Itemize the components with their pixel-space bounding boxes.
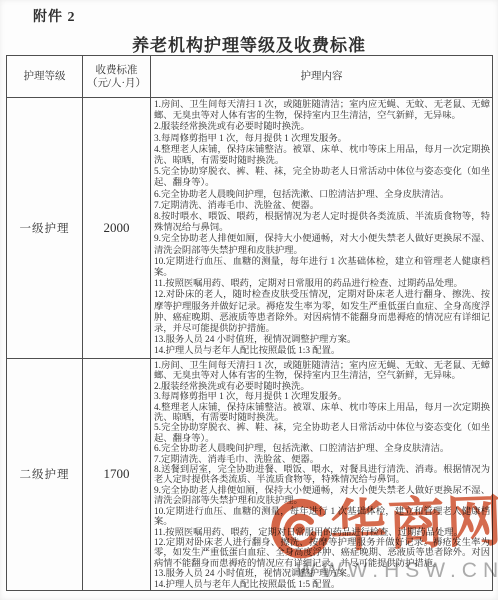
care-item: 6.完全协助老人晨晚间护理，包括洗漱、口腔清洁护理、全身皮肤清洁。	[154, 190, 490, 201]
level-1-care-items: 1.房间、卫生间每天清扫 1 次，或随脏随清洁；室内应无蝇、无蚊、无老鼠、无蟑螂…	[154, 100, 490, 358]
table-header-row: 护理等级 收费标准 （元/人·月） 护理内容	[7, 56, 493, 98]
care-item: 8.按时喂水、喂饭、喂药，根据情况为老人定时提供各类流质、半流质食物等，特殊情况…	[154, 212, 490, 234]
care-item: 7.定期清洗、消毒毛巾、洗脸盆、便器。	[154, 455, 490, 465]
level-1-fee-cell: 2000	[83, 98, 151, 359]
care-item: 10.定期进行血压、血糖的测量，每年进行 1 次基础体检，建立和管理老人健康档案…	[154, 257, 490, 279]
document-page: 附件 2 养老机构护理等级及收费标准 护理等级 收费标准 （元/人·月） 护理内…	[0, 0, 498, 600]
care-item: 11.按照医嘱用药、喂药，定期对日常服用的药品进行检查、过期药品处理。	[154, 528, 490, 538]
header-care-level: 护理等级	[7, 56, 83, 98]
care-item: 9.完全协助老人排便如厕，保持大小便通畅，对大小便失禁老人做好更换尿不湿、清洗会…	[154, 234, 490, 256]
care-item: 12.定期对卧床老人进行翻身、擦洗、按摩等护理服务并做好记录。褥疮发生率为零，如…	[154, 538, 490, 569]
header-fee-label: 收费标准	[83, 64, 150, 77]
header-fee-unit-label: （元/人·月）	[83, 77, 150, 90]
header-care-level-label: 护理等级	[24, 71, 66, 82]
level-2-content-cell: 1.房间、卫生间每天清扫 1 次，或随脏随清洁；室内应无蝇、无蚊、无老鼠、无蟑螂…	[151, 359, 493, 591]
care-item: 2.服装经常换洗或有必要时随时换洗。	[154, 382, 490, 392]
care-item: 4.整理老人床铺，保持床铺整洁。被罩、床单、枕巾等床上用品，每月一次定期换洗、晾…	[154, 403, 490, 424]
level-1-content-cell: 1.房间、卫生间每天清扫 1 次，或随脏随清洁；室内应无蝇、无蚊、无老鼠、无蟑螂…	[151, 98, 493, 359]
care-item: 5.完全协助穿脱衣、裤、鞋、袜，完全协助老人日常活动中体位与姿态变化（如坐起、翻…	[154, 167, 490, 189]
table-row-level-2: 二级护理 1700 1.房间、卫生间每天清扫 1 次，或随脏随清洁；室内应无蝇、…	[7, 359, 493, 591]
care-item: 4.整理老人床铺，保持床铺整洁。被罩、床单、枕巾等床上用品，每月一次定期换洗、晾…	[154, 145, 490, 167]
care-item: 5.完全协助穿脱衣、裤、鞋、袜，完全协助老人日常活动中体位与姿态变化（如坐起、翻…	[154, 423, 490, 444]
care-item: 2.服装经常换洗或有必要时随时换洗。	[154, 122, 490, 133]
care-item: 13.服务人员 24 小时值班，视情况调整护理方案。	[154, 335, 490, 346]
attachment-label: 附件 2	[33, 6, 76, 26]
care-item: 8.送餐到居室，完全协助进餐、喂饭、喂水，对餐具进行清洗、消毒。根据情况为老人定…	[154, 465, 490, 486]
level-1-name-cell: 一级护理	[7, 98, 83, 359]
care-item: 6.完全协助老人晨晚间护理，包括洗漱、口腔清洁护理、全身皮肤清洁。	[154, 444, 490, 454]
care-item: 9.完全协助老人排便如厕，保持大小便通畅，对大小便失禁老人做好更换尿不湿、清洗会…	[154, 486, 490, 507]
care-item: 1.房间、卫生间每天清扫 1 次，或随脏随清洁；室内应无蝇、无蚊、无老鼠、无蟑螂…	[154, 100, 490, 122]
care-item: 12.对卧床的老人，随时检查皮肤受压情况，定期对卧床老人进行翻身、擦洗、按摩等护…	[154, 290, 490, 335]
care-item: 14.护理人员与老年人配比按照最低 1:5 配置。	[154, 580, 490, 590]
care-level-fee-table: 护理等级 收费标准 （元/人·月） 护理内容 一级护理 2000 1.房间、卫生…	[6, 55, 493, 591]
table-row-level-1: 一级护理 2000 1.房间、卫生间每天清扫 1 次，或随脏随清洁；室内应无蝇、…	[7, 98, 493, 359]
care-item: 3.每周修剪指甲 1 次，每月提供 1 次理发服务。	[154, 392, 490, 402]
care-item: 10.定期进行血压、血糖的测量，每年进行 1 次基础体检，建立和管理老人健康档案…	[154, 507, 490, 528]
care-item: 11.按照医嘱用药、喂药，定期对日常服用的药品进行检查、过期药品处理。	[154, 279, 490, 290]
header-care-content-label: 护理内容	[301, 71, 343, 82]
header-care-content: 护理内容	[151, 56, 493, 98]
care-item: 13.服务人员 24 小时值班，视情况调整护理方案。	[154, 569, 490, 579]
level-2-care-items: 1.房间、卫生间每天清扫 1 次，或随脏随清洁；室内应无蝇、无蚊、无老鼠、无蟑螂…	[154, 361, 490, 590]
care-item: 3.每周修剪指甲 1 次，每月提供 1 次理发服务。	[154, 134, 490, 145]
header-fee-standard: 收费标准 （元/人·月）	[83, 56, 151, 98]
level-2-name-cell: 二级护理	[7, 359, 83, 591]
care-item: 14.护理人员与老年人配比按照最低 1:3 配置。	[154, 346, 490, 357]
care-item: 7.定期清洗、消毒毛巾、洗脸盆、便器。	[154, 201, 490, 212]
care-item: 1.房间、卫生间每天清扫 1 次，或随脏随清洁；室内应无蝇、无蚊、无老鼠、无蟑螂…	[154, 361, 490, 382]
document-title: 养老机构护理等级及收费标准	[0, 31, 498, 56]
level-2-fee-cell: 1700	[83, 359, 151, 591]
